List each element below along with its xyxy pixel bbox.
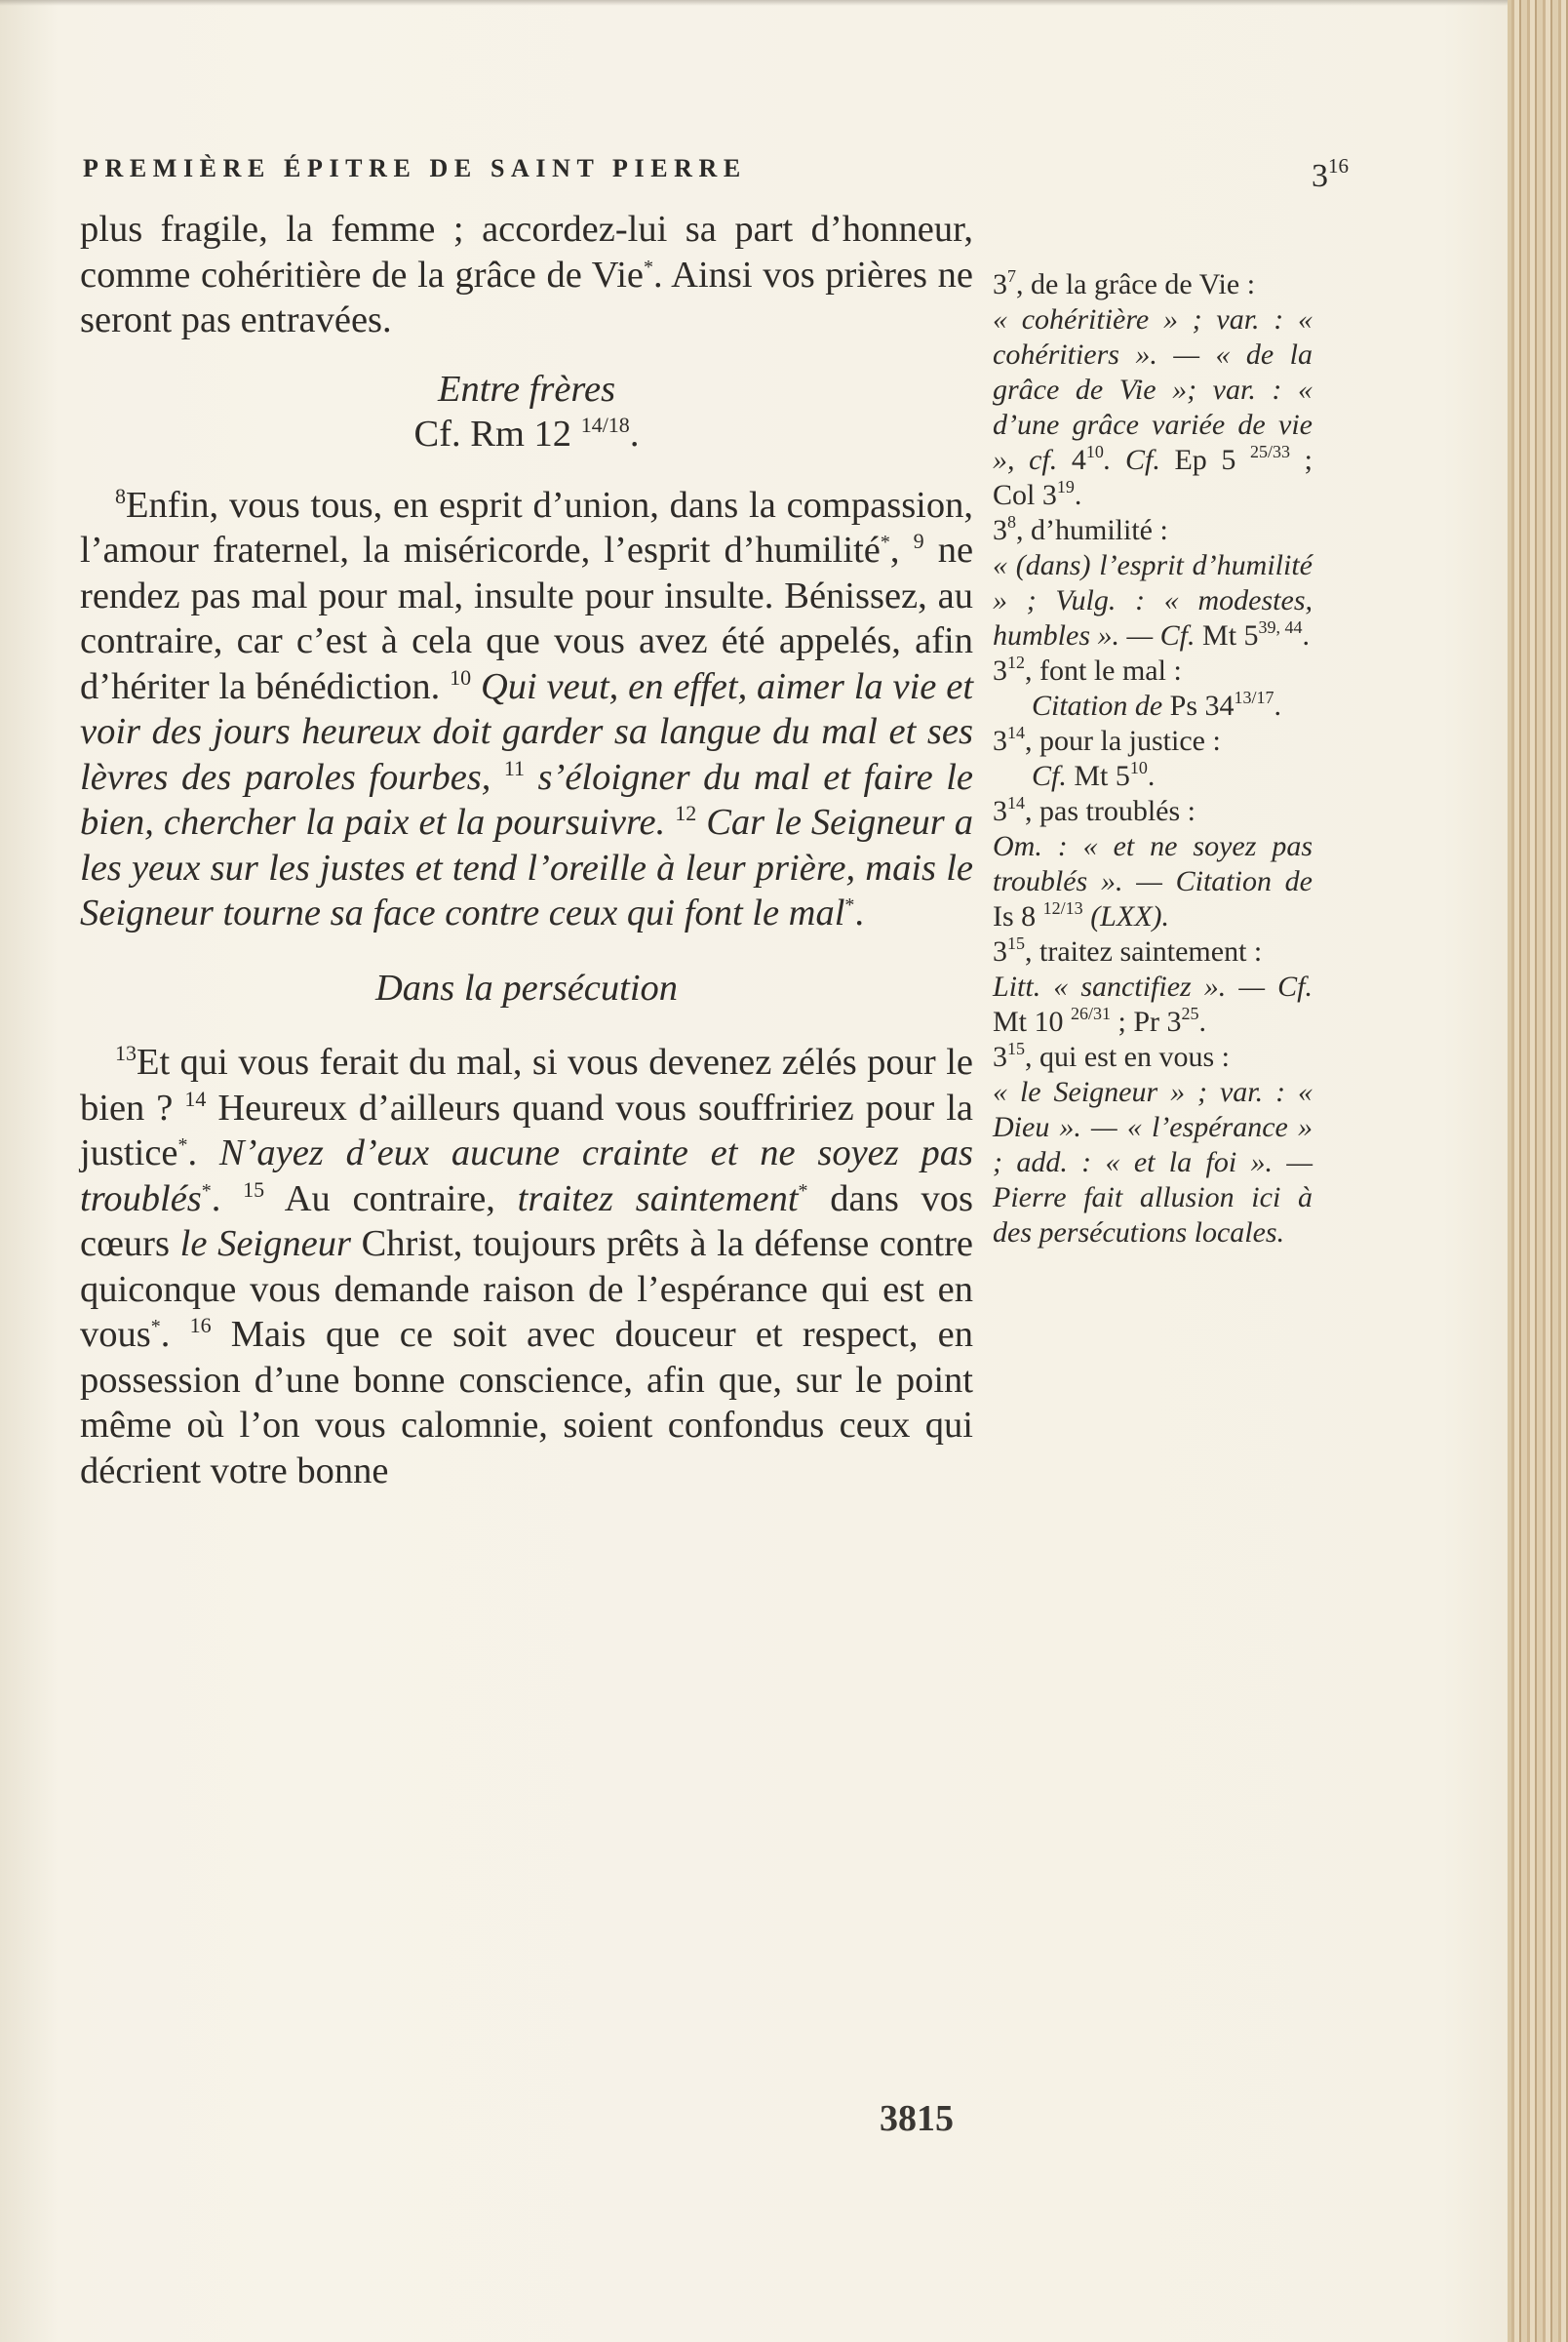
chapter-number: 3 xyxy=(1312,158,1328,194)
note-body: Litt. « sanctifiez ». — Cf. Mt 10 26/31 … xyxy=(993,970,1313,1040)
paragraph-verses-13-16: 13Et qui vous ferait du mal, si vous dev… xyxy=(80,1040,973,1493)
note-body: Om. : « et ne soyez pas troublés ». — Ci… xyxy=(993,829,1313,934)
margin-note: 314, pour la justice : Cf. Mt 510. xyxy=(993,724,1313,794)
note-marker: * xyxy=(644,257,653,278)
margin-note: 312, font le mal : Citation de Ps 3413/1… xyxy=(993,654,1313,724)
note-heading: 315, qui est en vous : xyxy=(993,1040,1313,1075)
page-fore-edge xyxy=(1511,0,1568,2342)
note-marker: * xyxy=(202,1180,212,1202)
cross-reference: Cf. Rm 12 14/18. xyxy=(80,412,973,457)
paragraph-verses-8-12: 8Enfin, vous tous, en esprit d’union, da… xyxy=(80,483,973,936)
intro-paragraph: plus fragile, la femme ; accordez-lui sa… xyxy=(80,207,973,343)
section-title-persecution: Dans la persécution xyxy=(80,966,973,1012)
note-body: « (dans) l’esprit d’humilité » ; Vulg. :… xyxy=(993,548,1313,654)
section-title-entre-freres: Entre frères xyxy=(80,367,973,413)
note-heading: 314, pour la justice : xyxy=(993,724,1313,759)
note-heading: 314, pas troublés : xyxy=(993,794,1313,829)
note-marker: * xyxy=(151,1316,161,1337)
verse-number: 11 xyxy=(504,756,525,780)
verse-number: 14 xyxy=(184,1087,206,1111)
margin-notes-column: 37, de la grâce de Vie : « cohéritière »… xyxy=(993,267,1313,1250)
verse-number: 12 xyxy=(675,801,696,825)
note-heading: 37, de la grâce de Vie : xyxy=(993,267,1313,302)
verse-number: 16 xyxy=(1328,154,1349,178)
chapter-verse-ref: 316 xyxy=(1312,154,1349,195)
margin-note: 37, de la grâce de Vie : « cohéritière »… xyxy=(993,267,1313,513)
verse-number: 16 xyxy=(190,1313,212,1337)
page-top-shadow xyxy=(0,0,1511,6)
page-number: 3815 xyxy=(880,2097,954,2140)
note-marker: * xyxy=(844,894,854,916)
margin-note: 315, traitez saintement : Litt. « sancti… xyxy=(993,934,1313,1040)
note-marker: * xyxy=(881,532,890,553)
note-body: Citation de Ps 3413/17. xyxy=(993,689,1313,724)
note-marker: * xyxy=(178,1134,188,1156)
margin-note: 314, pas troublés : Om. : « et ne soyez … xyxy=(993,794,1313,934)
margin-note: 315, qui est en vous : « le Seigneur » ;… xyxy=(993,1040,1313,1250)
verse-number: 10 xyxy=(450,665,471,690)
margin-note: 38, d’humilité : « (dans) l’esprit d’hum… xyxy=(993,513,1313,654)
main-text-column: plus fragile, la femme ; accordez-lui sa… xyxy=(80,207,973,1493)
note-body: « cohéritière » ; var. : « cohéritiers »… xyxy=(993,302,1313,513)
note-body: Cf. Mt 510. xyxy=(993,759,1313,794)
note-heading: 315, traitez saintement : xyxy=(993,934,1313,970)
verse-number: 15 xyxy=(243,1177,264,1202)
note-marker: * xyxy=(799,1180,808,1202)
verse-number: 13 xyxy=(115,1041,137,1065)
verse-number: 8 xyxy=(115,484,126,508)
note-heading: 312, font le mal : xyxy=(993,654,1313,689)
note-heading: 38, d’humilité : xyxy=(993,513,1313,548)
verse-number: 9 xyxy=(914,529,924,553)
book-page: PREMIÈRE ÉPITRE DE SAINT PIERRE 316 plus… xyxy=(0,0,1568,2342)
note-body: « le Seigneur » ; var. : « Dieu ». — « l… xyxy=(993,1075,1313,1250)
running-title: PREMIÈRE ÉPITRE DE SAINT PIERRE xyxy=(83,154,972,183)
